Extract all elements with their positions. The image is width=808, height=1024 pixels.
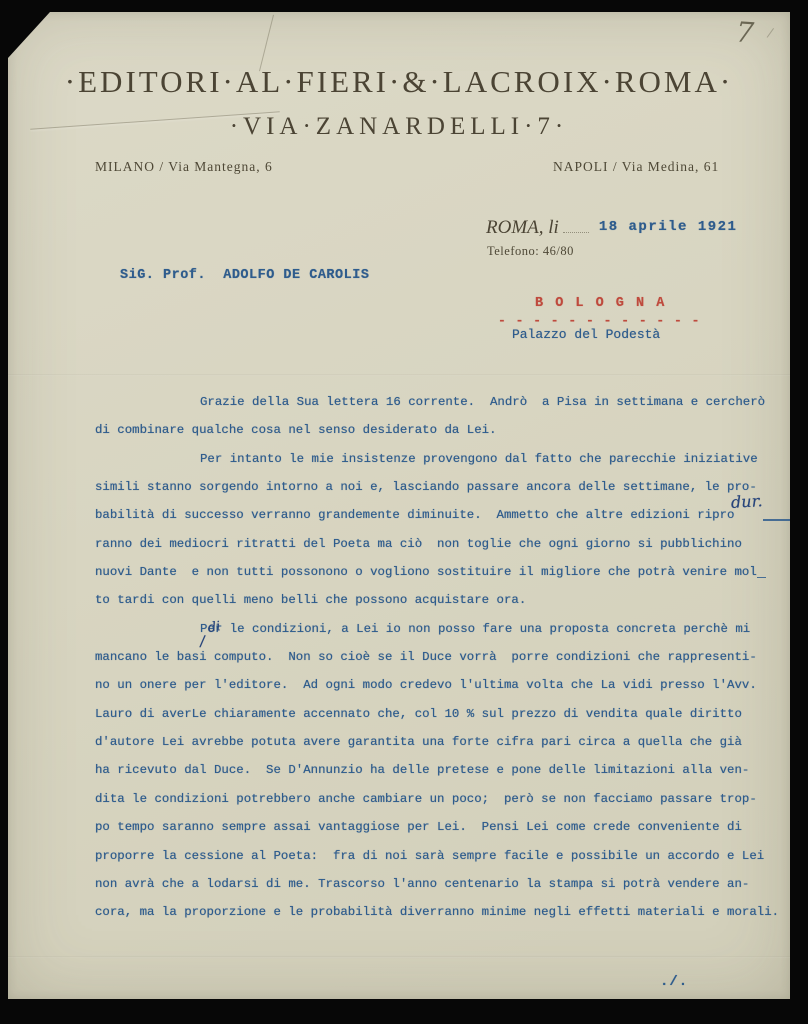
- letter-body-line: ranno dei mediocri ritratti del Poeta ma…: [95, 530, 793, 558]
- letter-body-line: cora, ma la proporzione e le probabilità…: [95, 898, 793, 926]
- pencil-tick-mark: /: [766, 26, 775, 42]
- letterhead-telefono: Telefono: 46/80: [487, 244, 574, 259]
- letterhead-office-napoli: NAPOLI / Via Medina, 61: [553, 159, 719, 175]
- letter-body-line: Lauro di averLe chiaramente accennato ch…: [95, 700, 793, 728]
- handwritten-correction-dur: dur.: [731, 491, 763, 512]
- letter-scan-paper: 7 / ·EDITORI·AL·FIERI·&·LACROIX·ROMA· ·V…: [8, 12, 790, 999]
- letterhead-address: ·VIA·ZANARDELLI·7·: [8, 113, 790, 141]
- continuation-mark: ./.: [660, 974, 688, 990]
- letter-body-line: Grazie della Sua lettera 16 corrente. An…: [95, 388, 793, 416]
- letter-body-line: proporre la cessione al Poeta: fra di no…: [95, 842, 793, 870]
- dateline-place: ROMA, li: [486, 217, 559, 238]
- letter-body: dur. / di Grazie della Sua lettera 16 co…: [95, 388, 793, 927]
- letterhead-office-milano: MILANO / Via Mantegna, 6: [95, 159, 273, 175]
- letter-body-line: nuovi Dante e non tutti possonono o vogl…: [95, 558, 793, 586]
- recipient-city: B O L O G N A: [535, 296, 666, 311]
- paper-fold-line: [8, 956, 790, 958]
- letter-body-line: non avrà che a lodarsi di me. Trascorso …: [95, 870, 793, 898]
- handwritten-underline: [763, 519, 797, 521]
- dateline-dotted-leader: [563, 220, 589, 233]
- letter-body-line: po tempo saranno sempre assai vantaggios…: [95, 813, 793, 841]
- typed-date: 18 aprile 1921: [599, 219, 738, 235]
- letterhead-title: ·EDITORI·AL·FIERI·&·LACROIX·ROMA·: [8, 64, 790, 100]
- recipient-city-underline: - - - - - - - - - - - -: [498, 313, 700, 328]
- letter-body-line: simili stanno sorgendo intorno a noi e, …: [95, 473, 793, 501]
- recipient-address: Palazzo del Podestà: [512, 327, 660, 342]
- letter-body-line: di combinare qualche cosa nel senso desi…: [95, 416, 793, 444]
- letter-body-line: d'autore Lei avrebbe potuta avere garant…: [95, 728, 793, 756]
- typed-underline-mol: [757, 577, 766, 578]
- handwritten-insertion-di: di: [207, 619, 221, 636]
- paper-crease: [259, 15, 274, 72]
- pencil-page-number: 7: [735, 15, 755, 49]
- letter-body-line: Per intanto le mie insistenze provengono…: [95, 445, 793, 473]
- letter-body-line: no un onere per l'editore. Ad ogni modo …: [95, 671, 793, 699]
- letter-body-line: ha ricevuto dal Duce. Se D'Annunzio ha d…: [95, 756, 793, 784]
- paper-fold-line: [8, 374, 790, 376]
- recipient-name: SiG. Prof. ADOLFO DE CAROLIS: [120, 268, 369, 283]
- letter-body-line: dita le condizioni potrebbero anche camb…: [95, 785, 793, 813]
- dateline: ROMA, li18 aprile 1921: [486, 217, 737, 239]
- letter-body-line: to tardi con quelli meno belli che posso…: [95, 586, 793, 614]
- letter-body-line: babilità di successo verranno grandement…: [95, 501, 793, 529]
